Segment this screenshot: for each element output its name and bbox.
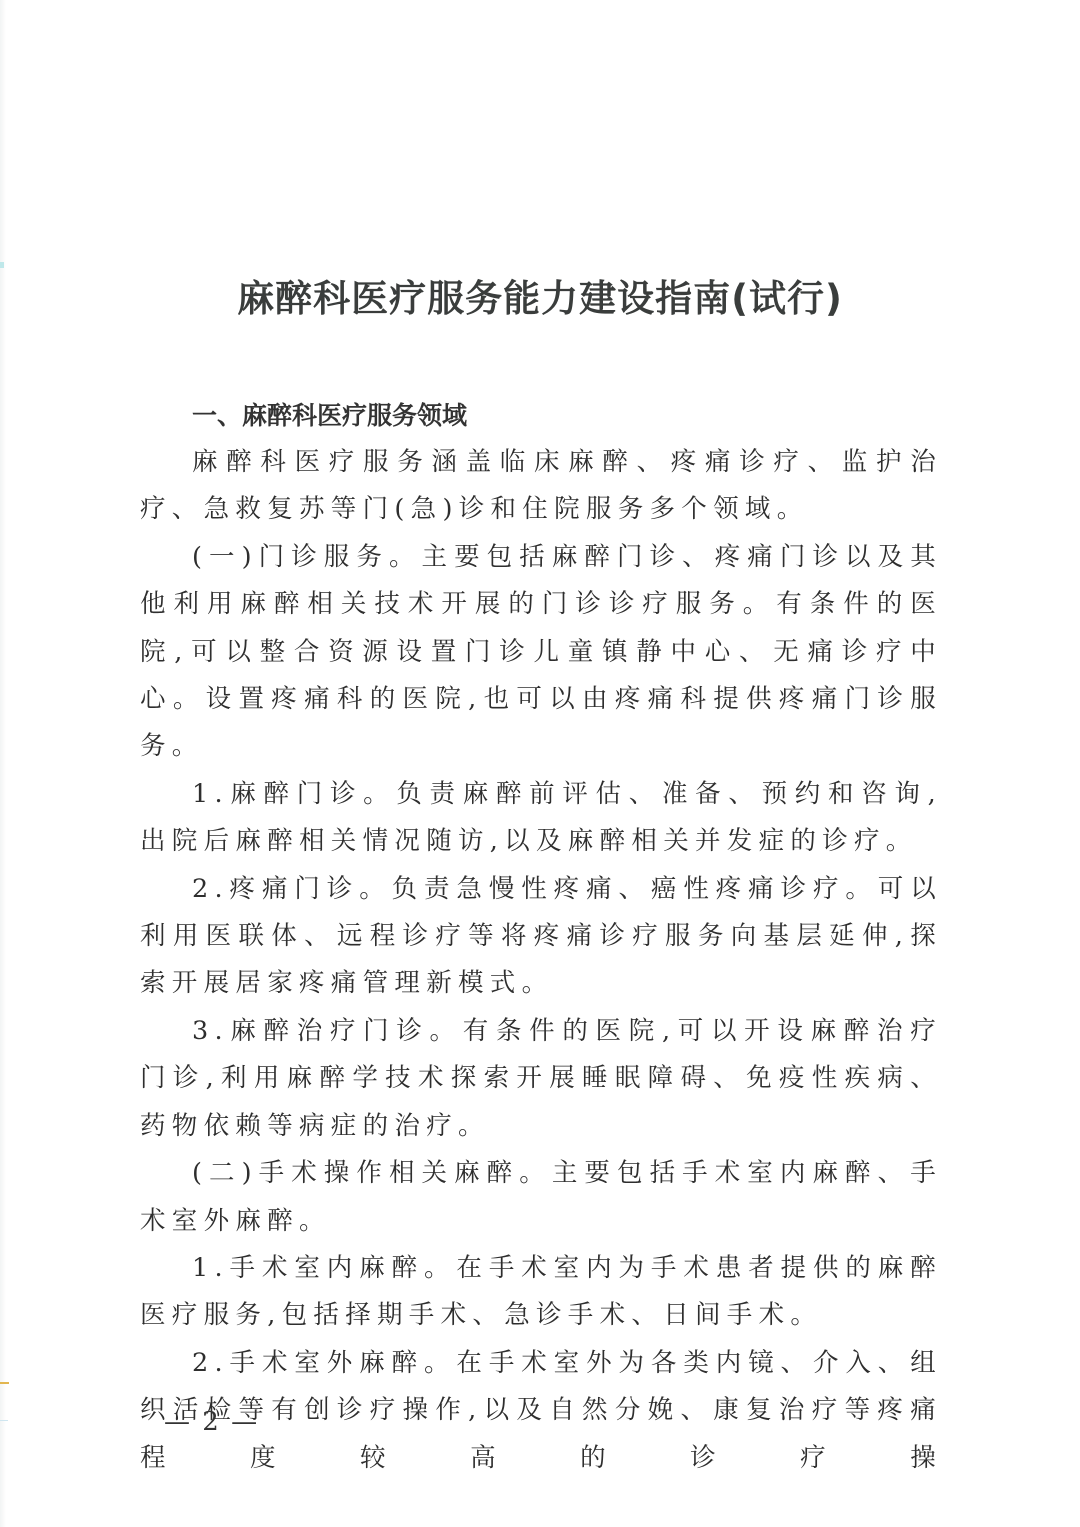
document-body: 一、麻醉科医疗服务领域 麻醉科医疗服务涵盖临床麻醉、疼痛诊疗、监护治疗、急救复苏… — [140, 392, 942, 1482]
section-heading: 一、麻醉科医疗服务领域 — [140, 392, 942, 439]
page-scan-edge — [0, 0, 6, 1527]
paragraph: 2.疼痛门诊。负责急慢性疼痛、癌性疼痛诊疗。可以利用医联体、远程诊疗等将疼痛诊疗… — [140, 866, 942, 1008]
paragraph: 3.麻醉治疗门诊。有条件的医院,可以开设麻醉治疗门诊,利用麻醉学技术探索开展睡眠… — [140, 1008, 942, 1150]
paragraph: (二)手术操作相关麻醉。主要包括手术室内麻醉、手术室外麻醉。 — [140, 1150, 942, 1245]
scan-edge-mark — [0, 1382, 9, 1384]
page-number: — 2 — — [164, 1407, 259, 1437]
paragraph: 1.手术室内麻醉。在手术室内为手术患者提供的麻醉医疗服务,包括择期手术、急诊手术… — [140, 1245, 942, 1340]
paragraph: 1.麻醉门诊。负责麻醉前评估、准备、预约和咨询,出院后麻醉相关情况随访,以及麻醉… — [140, 771, 942, 866]
paragraph: (一)门诊服务。主要包括麻醉门诊、疼痛门诊以及其他利用麻醉相关技术开展的门诊诊疗… — [140, 534, 942, 771]
scan-edge-mark — [0, 1420, 8, 1421]
paragraph: 2.手术室外麻醉。在手术室外为各类内镜、介入、组织活检等有创诊疗操作,以及自然分… — [140, 1340, 942, 1482]
document-title: 麻醉科医疗服务能力建设指南(试行) — [0, 268, 1080, 322]
paragraph: 麻醉科医疗服务涵盖临床麻醉、疼痛诊疗、监护治疗、急救复苏等门(急)诊和住院服务多… — [140, 439, 942, 534]
